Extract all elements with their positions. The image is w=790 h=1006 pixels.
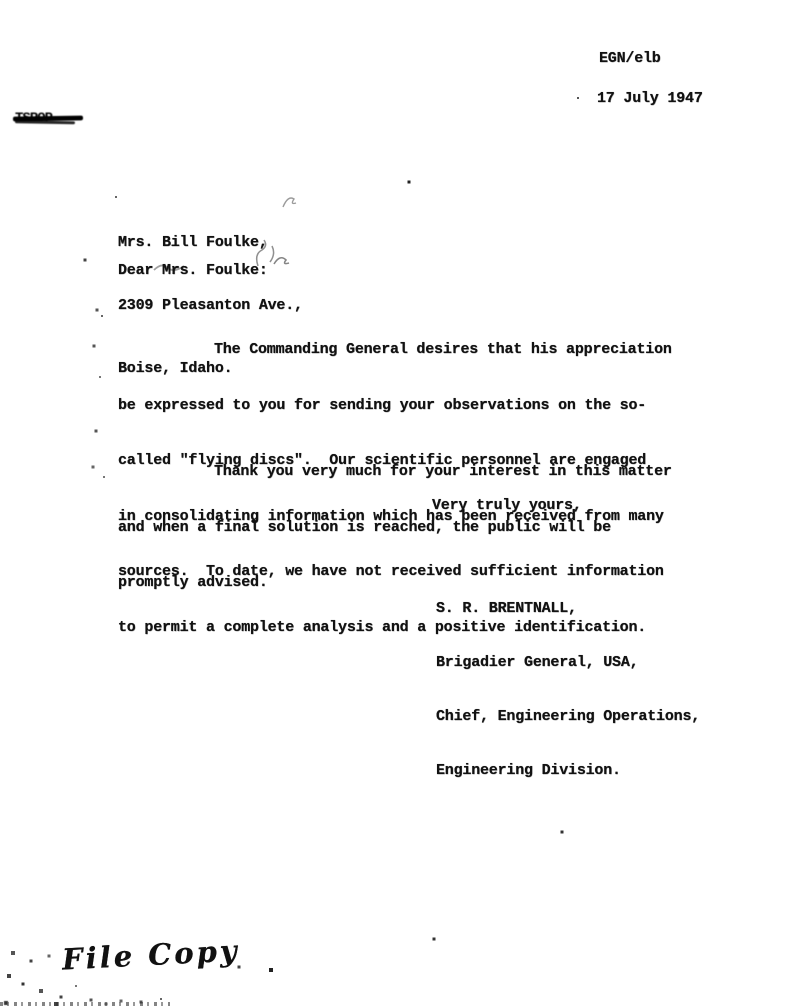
pencil-scribble <box>272 252 292 268</box>
signature-block: S. R. BRENTNALL, Brigadier General, USA,… <box>436 564 700 816</box>
office-symbol: EGN/elb <box>599 50 661 69</box>
body-line: be expressed to you for sending your obs… <box>118 397 672 416</box>
signature-title: Chief, Engineering Operations, <box>436 708 700 726</box>
signature-rank: Brigadier General, USA, <box>436 654 700 672</box>
scan-specks <box>0 0 2 2</box>
scan-edge-noise <box>0 1002 170 1006</box>
pencil-scribble <box>280 193 302 213</box>
salutation: Dear Mrs. Foulke: <box>118 262 268 281</box>
body-line: Thank you very much for your interest in… <box>118 463 672 482</box>
file-copy-handwriting: File Copy <box>61 933 240 976</box>
signature-name: S. R. BRENTNALL, <box>436 600 700 618</box>
letter-page: TSROP EGN/elb 17 July 1947 Mrs. Bill Fou… <box>0 0 790 1006</box>
date-line: 17 July 1947 <box>597 90 703 109</box>
body-line: The Commanding General desires that his … <box>118 341 672 360</box>
body-line: and when a final solution is reached, th… <box>118 519 672 538</box>
complimentary-close: Very truly yours, <box>432 497 582 516</box>
signature-division: Engineering Division. <box>436 762 700 780</box>
routing-stamp: TSROP <box>15 110 87 126</box>
